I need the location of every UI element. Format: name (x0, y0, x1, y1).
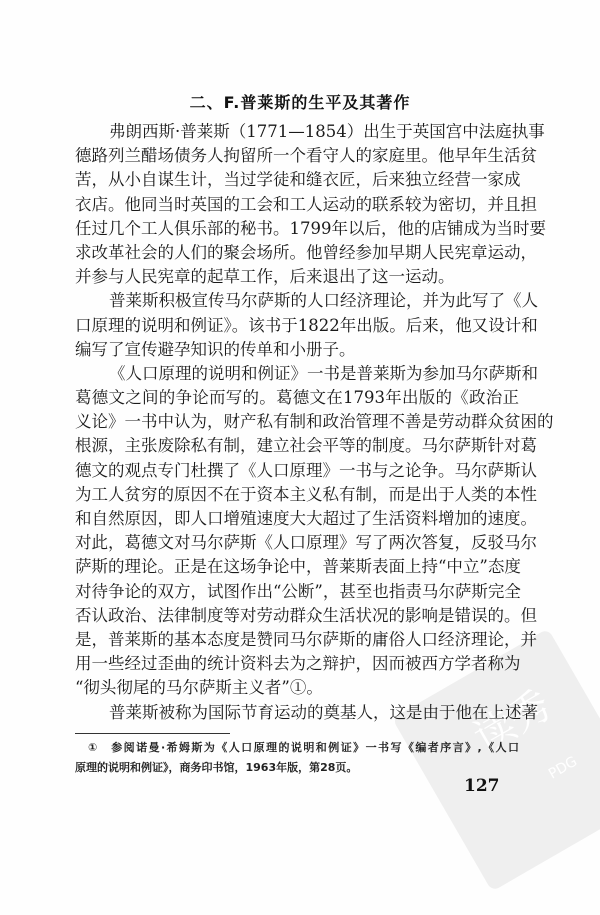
book-page: 读秀 PDG 二、F.普莱斯的生平及其著作 弗朗西斯·普莱斯（1771—1854… (0, 0, 600, 915)
text-line: 普莱斯积极宣传马尔萨斯的人口经济理论，并为此写了《人 (75, 289, 519, 313)
footnote: ① 参阅诺曼·希姆斯为《人口原理的说明和例证》一书写《编者序言》,《人口 原理的… (88, 738, 519, 778)
page-number: 127 (464, 776, 500, 796)
text-line: 普莱斯被称为国际节育运动的奠基人，这是由于他在上述著 (75, 701, 519, 725)
body-text: 弗朗西斯·普莱斯（1771—1854）出生于英国宫中法庭执事 德路列兰醋场债务人… (75, 120, 519, 725)
text-line: 对待争论的双方，试图作出“公断”，甚至也指责马尔萨斯完全 (75, 580, 519, 604)
text-line: 苦，从小自谋生计，当过学徒和缝衣匠，后来独立经营一家成 (75, 168, 519, 192)
text-line: 对此，葛德文对马尔萨斯《人口原理》写了两次答复，反驳马尔 (75, 531, 519, 555)
text-line: 葛德文之间的争论而写的。葛德文在1793年出版的《政治正 (75, 386, 519, 410)
section-heading: 二、F.普莱斯的生平及其著作 (0, 90, 600, 113)
text-line: 口原理的说明和例证》。该书于1822年出版。后来，他又设计和 (75, 314, 519, 338)
text-line: 编写了宣传避孕知识的传单和小册子。 (75, 338, 519, 362)
text-line: 萨斯的理论。正是在这场争论中，普莱斯表面上持“中立”态度 (75, 555, 519, 579)
text-line: 否认政治、法律制度等对劳动群众生活状况的影响是错误的。但 (75, 604, 519, 628)
text-line: 《人口原理的说明和例证》一书是普莱斯为参加马尔萨斯和 (75, 362, 519, 386)
footnote-line: ① 参阅诺曼·希姆斯为《人口原理的说明和例证》一书写《编者序言》,《人口 (88, 738, 519, 758)
text-line: 弗朗西斯·普莱斯（1771—1854）出生于英国宫中法庭执事 (75, 120, 519, 144)
text-line: 为工人贫穷的原因不在于资本主义私有制，而是出于人类的本性 (75, 483, 519, 507)
text-line: 衣店。他同当时英国的工会和工人运动的联系较为密切，并且担 (75, 193, 519, 217)
text-line: 任过几个工人俱乐部的秘书。1799年以后，他的店铺成为当时要 (75, 217, 519, 241)
text-line: 并参与人民宪章的起草工作，后来退出了这一运动。 (75, 265, 519, 289)
text-line: “彻头彻尾的马尔萨斯主义者”①。 (75, 676, 519, 700)
text-line: 根源，主张废除私有制，建立社会平等的制度。马尔萨斯针对葛 (75, 434, 519, 458)
footnote-separator (75, 733, 230, 734)
text-line: 求改革社会的人们的聚会场所。他曾经参加早期人民宪章运动， (75, 241, 519, 265)
text-line: 用一些经过歪曲的统计资料去为之辩护，因而被西方学者称为 (75, 652, 519, 676)
footnote-line: 原理的说明和例证》，商务印书馆，1963年版，第28页。 (75, 758, 519, 778)
text-line: 和自然原因，即人口增殖速度大大超过了生活资料增加的速度。 (75, 507, 519, 531)
text-line: 义论》一书中认为，财产私有制和政治管理不善是劳动群众贫困的 (75, 410, 519, 434)
text-line: 德文的观点专门杜撰了《人口原理》一书与之论争。马尔萨斯认 (75, 459, 519, 483)
text-line: 德路列兰醋场债务人拘留所一个看守人的家庭里。他早年生活贫 (75, 144, 519, 168)
text-line: 是，普莱斯的基本态度是赞同马尔萨斯的庸俗人口经济理论，并 (75, 628, 519, 652)
